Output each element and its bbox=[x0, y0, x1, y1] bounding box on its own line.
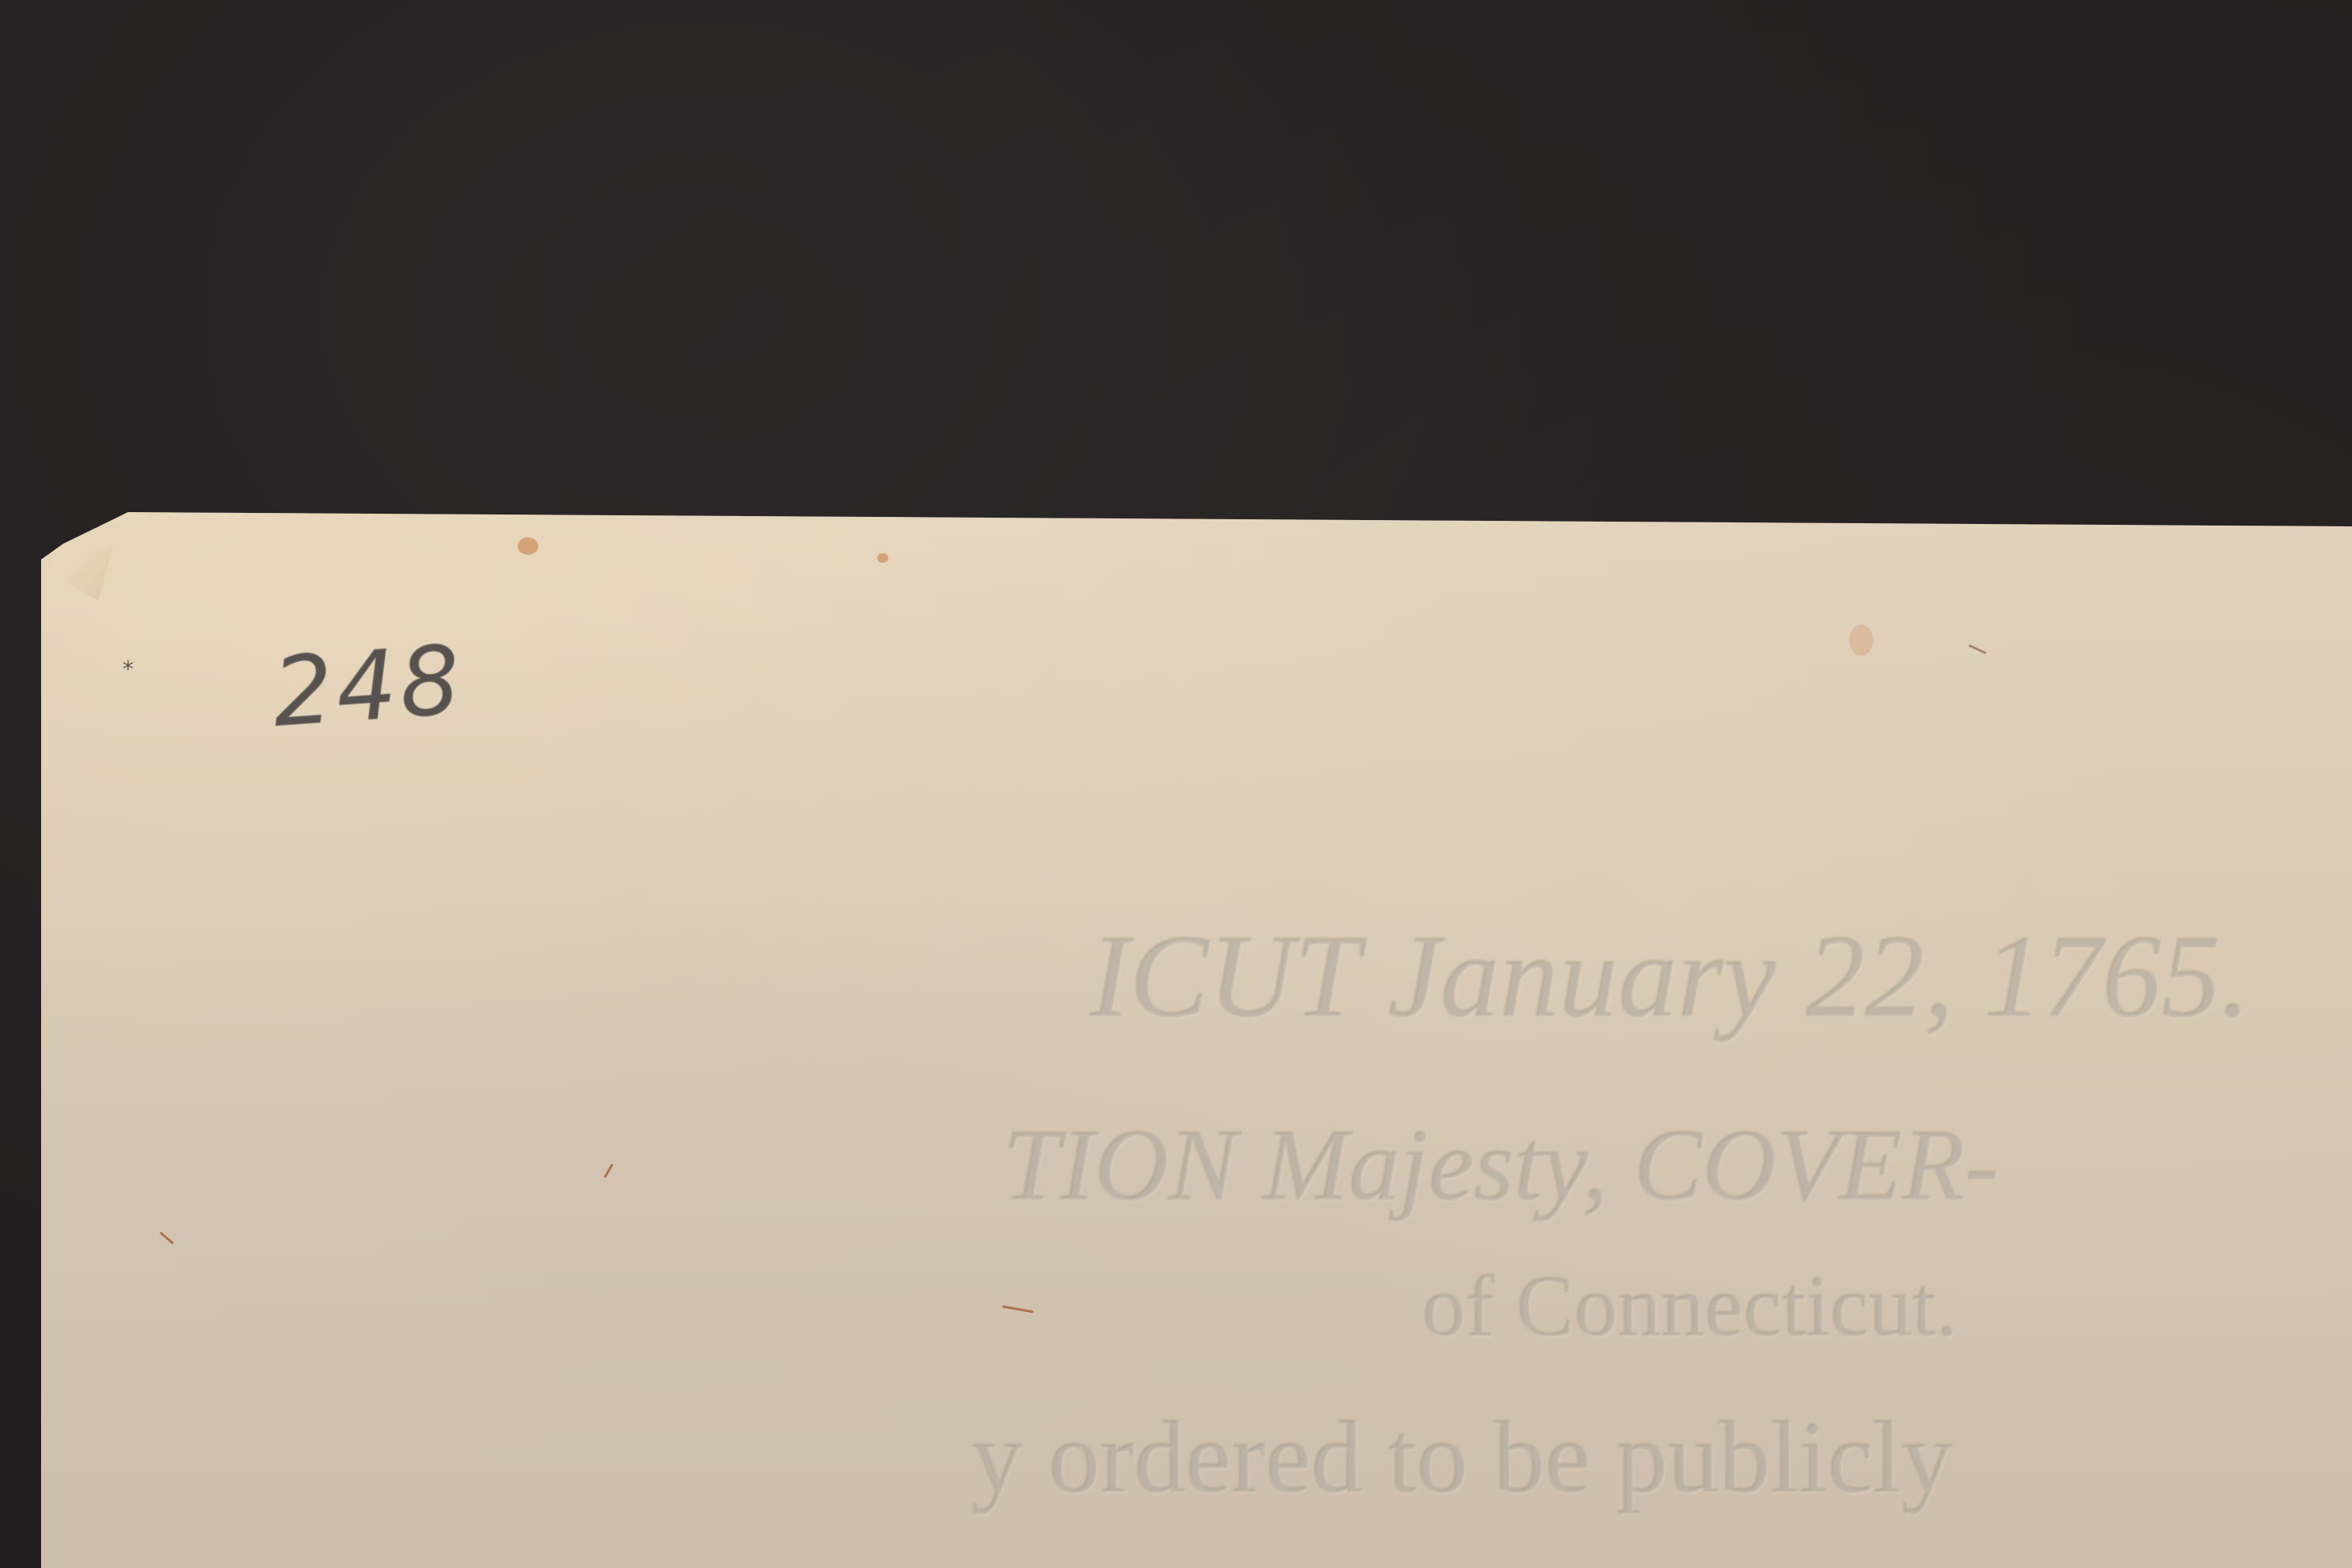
pencil-catalog-number: 248 bbox=[269, 626, 466, 748]
impressed-text-line: of Connecticut. bbox=[1423, 1257, 1958, 1357]
foxing-spot bbox=[877, 553, 888, 563]
impressed-text-line: ICUT January 22, 1765. bbox=[1091, 909, 2251, 1045]
foxing-spot bbox=[518, 537, 538, 555]
impressed-text-line: y ordered to be publicly bbox=[972, 1399, 1954, 1517]
pencil-asterisk-mark: * bbox=[122, 656, 137, 664]
impressed-text-line: TION Majesty, COVER- bbox=[1004, 1106, 2000, 1225]
foxing-spot bbox=[1849, 624, 1873, 656]
